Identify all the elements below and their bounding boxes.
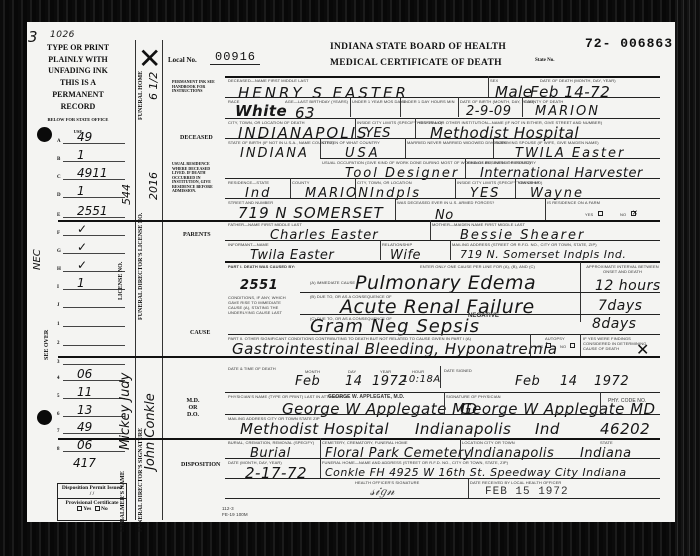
permanent-ink-note: PERMANENT INK SEE HANDBOOK FOR INSTRUCTI…: [172, 80, 224, 94]
death-month: Feb: [295, 374, 320, 389]
disposition-date: 2-17-72: [245, 464, 307, 482]
divider: [395, 198, 396, 220]
location-state-label: STATE: [600, 440, 613, 445]
rule: [225, 478, 660, 479]
code-value: ✓: [77, 240, 87, 254]
code-row-c: C4911: [57, 166, 125, 180]
divider: [290, 178, 291, 198]
fd-license-label: FUNERAL DIRECTOR'S LICENSE No.: [138, 213, 144, 320]
location-label: LOCATION CITY OR TOWN: [462, 440, 515, 445]
township-label: TOWNSHIP: [517, 180, 539, 185]
farm-yes-label: YES: [585, 212, 593, 217]
divider: [440, 366, 441, 388]
code-row-j: J: [57, 294, 125, 308]
code-row-3: 3: [57, 351, 125, 365]
divider: [515, 178, 516, 198]
punch-hole: [37, 127, 52, 142]
code-row-9: 417: [57, 456, 125, 470]
local-no-label: Local No.: [168, 56, 197, 64]
cert-address: Methodist Hospital: [240, 420, 389, 438]
provisional-label: Provisional Certificate: [58, 500, 126, 506]
informant-address: 719 N. Somerset Indpls Ind.: [460, 248, 626, 261]
code-row-b: B1: [57, 148, 125, 162]
funeral-home-name-label: FUNERAL HOME—NAME AND ADDRESS (STREET OR…: [322, 460, 508, 465]
autopsy-no: NO: [560, 344, 566, 349]
received-label: DATE RECEIVED BY LOCAL HEALTH OFFICER: [470, 480, 561, 485]
received-stamp: FEB 15 1972: [485, 486, 569, 498]
code-row-5: 511: [57, 385, 125, 399]
divider: [355, 118, 356, 138]
phy-code-label: PHY. CODE NO.: [608, 398, 646, 404]
code-row-d: D1: [57, 184, 125, 198]
divider: [135, 40, 136, 520]
interval-b: 7days: [598, 298, 642, 314]
page-mark: 3: [28, 28, 38, 46]
code-row-7: 749: [57, 420, 125, 434]
divider: [415, 118, 416, 138]
instruction-line: PLAINLY WITH: [44, 54, 112, 66]
divider: [522, 97, 523, 117]
divider: [162, 40, 163, 520]
code-letter: 5: [57, 394, 60, 399]
state-no-label: State No.: [535, 58, 554, 63]
code-value: 11: [77, 385, 92, 399]
code-letter: C: [57, 175, 61, 180]
code-row-a: A49: [57, 130, 125, 144]
code-letter: 7: [57, 429, 60, 434]
divider: [400, 97, 401, 117]
part1-note: ENTER ONLY ONE CAUSE PER LINE FOR (a), (…: [420, 264, 535, 269]
autopsy-label: AUTOPSY: [545, 336, 565, 341]
code-row-6: 613: [57, 403, 125, 417]
code-letter: D: [57, 193, 61, 198]
rule: [320, 158, 660, 159]
code-value: ✓: [77, 258, 87, 272]
no-label: No: [101, 506, 108, 512]
divider: [355, 178, 356, 198]
interval-c: 8days: [592, 316, 636, 332]
code-row-g: G✓: [57, 240, 125, 254]
divider: [350, 97, 351, 117]
license-label: LICENSE No.: [118, 262, 124, 300]
cause-a-prefix: (a) IMMEDIATE CAUSE: [310, 280, 355, 285]
funeral-home-label: FUNERAL HOME: [138, 71, 144, 120]
deceased-section-label: DECEASED: [180, 135, 213, 141]
code-letter: G: [57, 249, 61, 254]
divider: [405, 138, 406, 158]
divider: [488, 76, 489, 97]
code-letter: 4: [57, 376, 60, 381]
code-letter: H: [57, 267, 61, 272]
issuer-title: INDIANA STATE BOARD OF HEALTH: [330, 42, 506, 52]
part1-label: PART I. DEATH WAS CAUSED BY:: [228, 264, 295, 269]
code-letter: I: [57, 285, 59, 290]
dob-value: 2-9-09: [466, 104, 511, 119]
conditions-note: CONDITIONS, IF ANY, WHICH GAVE RISE TO I…: [228, 295, 288, 315]
cause-code: 2551: [240, 278, 278, 293]
code-value: 2551: [77, 204, 108, 218]
divider: [493, 138, 494, 158]
cause-section-label: CAUSE: [190, 330, 210, 336]
farm-no-label: NO: [620, 212, 626, 217]
rule: [225, 198, 660, 199]
code-letter: 6: [57, 412, 60, 417]
code-value: 06: [77, 438, 92, 452]
divider: [450, 240, 451, 260]
code-letter: 2: [57, 341, 60, 346]
res-county-label: COUNTY: [292, 180, 310, 185]
date-signed-label: DATE SIGNED: [444, 368, 472, 373]
divider: [460, 438, 461, 458]
signed-day: 14: [560, 374, 578, 389]
cause-a: Pulmonary Edema: [355, 272, 536, 294]
county-value: MARION: [535, 104, 600, 119]
form-code: 112-3: [222, 506, 234, 511]
rule: [225, 414, 660, 415]
signed-year: 1972: [594, 374, 629, 389]
underline: [210, 64, 260, 65]
rule: [225, 118, 660, 119]
health-officer-signature: 𝓈𝒾𝑔𝓃: [370, 484, 395, 499]
code-value: 1: [77, 276, 85, 290]
code-value: 1: [77, 184, 85, 198]
rule: [225, 138, 660, 139]
yes-label: Yes: [83, 506, 91, 512]
instructions-block: TYPE OR PRINT PLAINLY WITH UNFADING INK …: [44, 42, 112, 138]
parents-section-label: PARENTS: [183, 232, 211, 238]
code-value: 49: [77, 130, 92, 144]
divider: [600, 392, 601, 414]
farm-yes-checkbox[interactable]: [598, 211, 603, 216]
fd-signature: John Conkle: [143, 393, 158, 470]
md-do-label: M.D. OR D.O.: [186, 398, 200, 419]
code-value: 4911: [77, 166, 108, 180]
autopsy-yes-checkbox[interactable]: [546, 343, 551, 348]
res-city-label: CITY, TOWN, OR LOCATION: [357, 180, 412, 185]
divider: [530, 334, 531, 356]
code-letter: A: [57, 139, 61, 144]
code-letter: 1: [57, 322, 60, 327]
code-value: 06: [77, 367, 92, 381]
cert-zip: 46202: [600, 420, 650, 438]
code-row-4: 406: [57, 367, 125, 381]
see-over-label: SEE OVER: [44, 330, 50, 360]
rule: [228, 334, 660, 335]
divider: [455, 178, 456, 198]
relationship-label: RELATIONSHIP: [382, 242, 412, 247]
divider: [465, 158, 466, 178]
autopsy-yes: YES: [535, 344, 543, 349]
code-value: 417: [73, 456, 96, 470]
fd-license-no: 2016: [147, 172, 160, 200]
mother-label: MOTHER—MAIDEN NAME FIRST MIDDLE LAST: [432, 222, 525, 227]
form-edition: FE-19 100M: [222, 512, 248, 517]
farm-no-checkbox[interactable]: ✕: [631, 211, 636, 216]
code-letter: 3: [57, 360, 60, 365]
rule: [225, 240, 660, 241]
code-value: 49: [77, 420, 92, 434]
instruction-line: THIS IS A: [44, 77, 112, 89]
scan-edge: [675, 0, 700, 556]
rule: [225, 97, 660, 98]
cemetery-label: CEMETERY, CREMATORY, FUNERAL HOME: [322, 440, 408, 445]
instruction-line: PERMANENT: [44, 89, 112, 101]
cert-state: Ind: [535, 420, 560, 438]
divider: [458, 97, 459, 117]
license-no: 544: [120, 184, 133, 205]
rule: [225, 392, 660, 393]
industry-label: KIND OF BUSINESS OR INDUSTRY: [467, 160, 536, 165]
death-day: 14: [345, 374, 363, 389]
divider: [444, 392, 445, 414]
father-label: FATHER—NAME FIRST MIDDLE LAST: [228, 222, 302, 227]
disposition-section-label: DISPOSITION: [181, 462, 220, 468]
rule: [225, 261, 660, 263]
funeral-home-no: 6 1/2: [147, 72, 160, 100]
divider: [580, 334, 581, 356]
citizen-label: CITIZEN OF WHAT COUNTRY: [322, 140, 380, 145]
code-letter: 8: [57, 447, 60, 452]
code-row-8: 806: [57, 438, 125, 452]
permit-value: / /: [58, 491, 126, 497]
instruction-line: RECORD: [44, 101, 112, 113]
code-row-1: 1: [57, 313, 125, 327]
instruction-line: UNFADING INK: [44, 65, 112, 77]
provisional-no-checkbox[interactable]: [95, 506, 100, 511]
divider: [380, 240, 381, 260]
death-time-label: DATE & TIME OF DEATH: [228, 366, 276, 371]
farm-label: IS RESIDENCE ON A FARM: [547, 200, 600, 205]
instruction-line: TYPE OR PRINT: [44, 42, 112, 54]
armed-forces-label: WAS DECEASED EVER IN U.S. ARMED FORCES?: [397, 200, 494, 205]
rule: [58, 220, 660, 222]
code-row-2: 2: [57, 332, 125, 346]
code-letter: E: [57, 213, 60, 218]
rule: [58, 356, 660, 358]
autopsy-no-checkbox[interactable]: [570, 343, 575, 348]
method-label: BURIAL, CREMATION, REMOVAL (SPECIFY): [228, 440, 314, 445]
local-no: 00916: [215, 50, 256, 64]
spouse-label: SURVIVING SPOUSE (IF WIFE, GIVE MAIDEN N…: [495, 140, 599, 145]
informant-label: INFORMANT—NAME: [228, 242, 269, 247]
birthplace-label: STATE OF BIRTH (IF NOT IN U.S.A., NAME C…: [228, 140, 334, 145]
signed-month: Feb: [515, 374, 540, 389]
code-letter: J: [57, 303, 60, 308]
ref-mark: 1026: [50, 30, 75, 40]
rule: [225, 498, 660, 499]
code-value: ✓: [77, 222, 87, 236]
divider: [430, 220, 431, 240]
res-state-label: RESIDENCE—STATE: [228, 180, 269, 185]
embalmer-label: EMBALMER'S NAME: [120, 471, 126, 532]
rule: [225, 458, 660, 459]
under1day-label: UNDER 1 DAY HOURS MIN: [402, 99, 455, 104]
code-row-e: E2551: [57, 204, 125, 218]
certificate-title: MEDICAL CERTIFICATE OF DEATH: [330, 58, 502, 68]
name-label: DECEASED—NAME FIRST MIDDLE LAST: [228, 78, 309, 83]
margin-note: NEC: [32, 249, 43, 270]
code-value: 13: [77, 403, 92, 417]
code-row-f: F✓: [57, 222, 125, 236]
under1-label: UNDER 1 YEAR MOS DAYS: [352, 99, 406, 104]
interval-label: APPROXIMATE INTERVAL BETWEEN ONSET AND D…: [585, 264, 660, 274]
code-value: 1: [77, 148, 85, 162]
rule: [300, 292, 660, 293]
divider: [545, 198, 546, 220]
state-no: 72- 006863: [585, 36, 673, 51]
code-row-i: I1: [57, 276, 125, 290]
birthplace-value: INDIANA: [240, 146, 309, 161]
provisional-yes-checkbox[interactable]: [77, 506, 82, 511]
code-row-h: H✓: [57, 258, 125, 272]
divider: [320, 138, 321, 158]
disposition-permit-box: Disposition Permit Issued / / Provisiona…: [57, 483, 127, 521]
code-letter: B: [57, 157, 60, 162]
informant-address-label: MAILING ADDRESS (STREET OR R.F.D. NO., C…: [452, 242, 597, 247]
code-letter: F: [57, 231, 60, 236]
divider: [468, 478, 469, 498]
residence-note: USUAL RESIDENCE WHERE DECEASED LIVED. IF…: [172, 162, 220, 194]
death-hour: 10:18A: [402, 374, 441, 385]
cert-city: Indianapolis: [415, 420, 511, 438]
punch-hole: [37, 410, 52, 425]
signature-label: SIGNATURE OF PHYSICIAN: [446, 394, 501, 399]
